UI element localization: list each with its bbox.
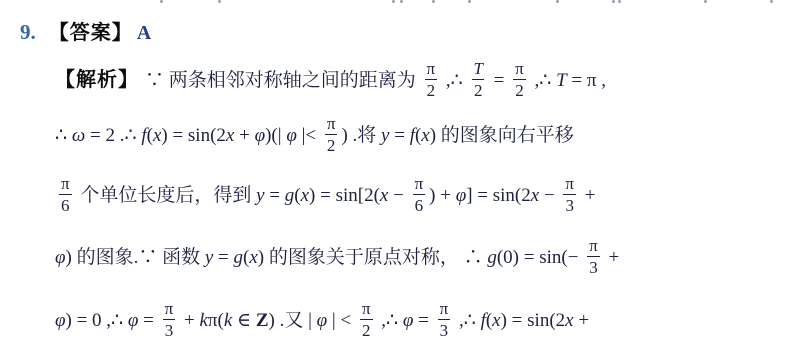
cropped-glyph-fragment xyxy=(704,0,707,3)
cropped-glyph-fragment xyxy=(218,0,221,3)
math-variable: φ xyxy=(128,311,139,330)
fraction: π2 xyxy=(513,60,526,100)
text-run: ∴ xyxy=(55,126,72,145)
math-variable: φ xyxy=(456,186,467,205)
fraction: T2 xyxy=(471,60,484,100)
text-run: | < xyxy=(327,311,356,330)
fraction-numerator: π xyxy=(360,300,373,319)
text-run: = 2 .∴ xyxy=(85,126,141,145)
cropped-glyph-fragment xyxy=(392,0,395,3)
answer-label: 【答案】 xyxy=(49,16,133,45)
fraction-denominator: 3 xyxy=(587,256,600,277)
text-run: = xyxy=(389,126,409,145)
math-variable: T xyxy=(556,71,567,90)
text-run: ,∴ xyxy=(441,71,467,90)
fraction-numerator: π xyxy=(513,60,526,79)
fraction: π3 xyxy=(563,175,576,215)
problem-number: 9. xyxy=(20,20,36,45)
math-variable: φ xyxy=(55,248,66,267)
text-run: 个单位长度后，得到 xyxy=(76,186,257,205)
clipped-previous-line xyxy=(0,0,788,6)
math-variable: φ xyxy=(403,311,414,330)
math-variable: x xyxy=(565,311,573,330)
text-run: ,∴ xyxy=(377,311,403,330)
text-run: π( xyxy=(208,311,224,330)
problem-header: 9. 【答案】 A xyxy=(20,16,151,45)
bold-symbol: Z xyxy=(256,311,269,330)
cropped-glyph-fragment xyxy=(770,0,773,3)
math-variable: φ xyxy=(317,311,328,330)
fraction-numerator: π xyxy=(438,300,451,319)
text-run: + xyxy=(179,311,199,330)
text-run: = xyxy=(265,186,285,205)
text-run: )(| xyxy=(265,126,286,145)
solution-line: φ) = 0 ,∴ φ = π3 + kπ(k ∈ Z) .又 | φ | < … xyxy=(55,288,782,352)
text-run: = xyxy=(413,311,433,330)
fraction-numerator: π xyxy=(325,115,338,134)
text-run: − xyxy=(388,186,408,205)
fraction-denominator: 3 xyxy=(163,319,176,340)
math-variable: y xyxy=(381,126,389,145)
math-variable: x xyxy=(153,126,161,145)
text-run: + xyxy=(580,186,595,205)
text-run: ) 的图象.∵ 函数 xyxy=(66,248,205,267)
text-run: ] = sin(2 xyxy=(466,186,531,205)
text-run: ,∴ xyxy=(454,311,480,330)
fraction-denominator: 2 xyxy=(425,79,438,100)
text-run: ) 的图象向右平移 xyxy=(430,126,574,145)
text-run: (0) = sin(− xyxy=(497,248,583,267)
text-run: − xyxy=(539,186,559,205)
math-variable: x xyxy=(226,126,234,145)
math-variable: y xyxy=(205,248,213,267)
answer-value: A xyxy=(137,22,151,45)
solution-line: π6 个单位长度后，得到 y = g(x) = sin[2(x − π6) + … xyxy=(55,164,782,226)
fraction-numerator: π xyxy=(563,175,576,194)
math-variable: ω xyxy=(72,126,85,145)
text-run: ) = sin(2 xyxy=(501,311,566,330)
text-run: ) 的图象关于原点对称， ∴ xyxy=(258,248,488,267)
math-variable: x xyxy=(531,186,539,205)
fraction-denominator: 2 xyxy=(325,134,338,155)
fraction-denominator: 3 xyxy=(563,194,576,215)
cropped-glyph-fragment xyxy=(432,0,435,3)
math-variable: g xyxy=(487,248,497,267)
math-variable: x xyxy=(301,186,309,205)
text-run: + xyxy=(574,311,589,330)
fraction: π2 xyxy=(360,300,373,340)
fraction-denominator: 3 xyxy=(438,319,451,340)
text-run: ) .将 xyxy=(341,126,381,145)
cropped-glyph-fragment xyxy=(468,0,471,3)
text-run: ) + xyxy=(429,186,456,205)
text-run: ) = 0 ,∴ xyxy=(66,311,128,330)
math-variable: k xyxy=(199,311,207,330)
cropped-glyph-fragment xyxy=(400,0,403,3)
fraction: π6 xyxy=(413,175,426,215)
text-run: ) = sin[2( xyxy=(309,186,380,205)
text-run: = xyxy=(213,248,233,267)
fraction-denominator: 6 xyxy=(413,194,426,215)
math-variable: φ xyxy=(286,126,297,145)
fraction-numerator: π xyxy=(587,237,600,256)
fraction-denominator: 2 xyxy=(513,79,526,100)
text-run: ) .又 | xyxy=(269,311,317,330)
analysis-lines: 【解析】∵ 两条相邻对称轴之间的距离为 π2 ,∴ T2 = π2 ,∴ T =… xyxy=(55,54,782,352)
fraction-denominator: 2 xyxy=(360,319,373,340)
text-run: ∵ 两条相邻对称轴之间的距离为 xyxy=(145,71,421,90)
fraction: π3 xyxy=(587,237,600,277)
text-run: ∈ xyxy=(232,311,256,330)
solution-line: 【解析】∵ 两条相邻对称轴之间的距离为 π2 ,∴ T2 = π2 ,∴ T =… xyxy=(55,54,782,106)
solution-line: φ) 的图象.∵ 函数 y = g(x) 的图象关于原点对称， ∴ g(0) =… xyxy=(55,226,782,288)
document-page: 9. 【答案】 A 【解析】∵ 两条相邻对称轴之间的距离为 π2 ,∴ T2 =… xyxy=(0,0,788,364)
cropped-glyph-fragment xyxy=(612,0,615,3)
text-run: = xyxy=(138,311,158,330)
fraction-denominator: 2 xyxy=(472,79,485,100)
fraction: π3 xyxy=(163,300,176,340)
text-run: + xyxy=(234,126,254,145)
analysis-label: 【解析】 xyxy=(55,70,139,90)
fraction: π2 xyxy=(425,60,438,100)
math-variable: y xyxy=(256,186,264,205)
math-variable: φ xyxy=(55,311,66,330)
math-variable: g xyxy=(234,248,244,267)
math-variable: k xyxy=(224,311,232,330)
text-run: ) = sin(2 xyxy=(161,126,226,145)
math-variable: x xyxy=(492,311,500,330)
solution-line: ∴ ω = 2 .∴ f(x) = sin(2x + φ)(| φ |< π2)… xyxy=(55,106,782,164)
fraction-denominator: 6 xyxy=(59,194,72,215)
text-run: = π , xyxy=(567,71,606,90)
math-variable: x xyxy=(249,248,257,267)
fraction-numerator: π xyxy=(163,300,176,319)
fraction-numerator: π xyxy=(413,175,426,194)
fraction-numerator: π xyxy=(59,175,72,194)
fraction: π6 xyxy=(59,175,72,215)
cropped-glyph-fragment xyxy=(160,0,163,3)
fraction: π3 xyxy=(438,300,451,340)
text-run: = xyxy=(489,71,509,90)
math-variable: x xyxy=(421,126,429,145)
text-run: + xyxy=(604,248,619,267)
cropped-glyph-fragment xyxy=(556,0,559,3)
math-variable: x xyxy=(380,186,388,205)
fraction-numerator: T xyxy=(471,60,484,79)
fraction-numerator: π xyxy=(425,60,438,79)
text-run: ,∴ xyxy=(530,71,556,90)
text-run: |< xyxy=(297,126,321,145)
math-variable: g xyxy=(285,186,295,205)
cropped-glyph-fragment xyxy=(618,0,621,3)
math-variable: φ xyxy=(255,126,266,145)
fraction: π2 xyxy=(325,115,338,155)
